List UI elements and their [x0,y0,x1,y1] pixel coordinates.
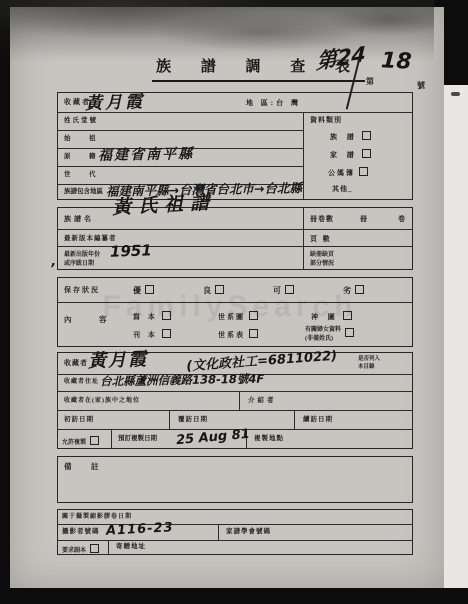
volumes-label: 冊卷數 [310,216,334,223]
unit-fascicle-label: 卷 [398,216,405,223]
permit-copy-label: 允許複製 [62,440,86,446]
divider [58,391,412,392]
divider [303,208,304,269]
content-option-label: 世系表 [218,331,245,339]
copy-date-label: 預訂複製日期 [118,436,157,443]
content-option-label: 神 圖 [311,313,339,321]
society-number-label: 家譜學會號碼 [226,529,271,536]
surname-hall-label: 姓氏堂號 [64,118,98,125]
content-printed: 刊 本 [133,329,171,340]
divider [218,524,219,540]
divider [108,540,109,554]
pages-label: 頁 數 [310,236,332,243]
introducer-label: 介紹者 [248,398,277,405]
grade-good: 良 [203,285,224,296]
handwritten-form-number: 18 [380,48,412,75]
checkbox-fair [285,285,294,294]
content-lineage-table: 世系表 [218,329,258,340]
unit-volume-label: 冊 [360,216,367,223]
checkbox-good [215,285,224,294]
scanned-genealogy-form: FamilySearch 族 譜 調 查 表 第24 第 18 號 收藏者 黃月… [0,0,468,604]
year-handwritten: 1951 [110,241,152,260]
divider [294,410,295,429]
include-in-catalog-label: 是否列入 本目錄 [358,355,380,372]
checkbox-portrait [343,311,352,320]
category-option-label: 公媽簿 [328,169,355,177]
checkbox-manuscript [162,311,171,320]
second-visit-label: 覆訪日期 [178,417,208,424]
grade-fair: 可 [273,285,294,296]
photographer-number-handwritten: A116-23 [106,520,174,539]
holder-address-label: 收藏者住址 [64,379,99,385]
grade-label: 優 [133,286,141,295]
photographer-number-label: 攝影者號碼 [62,529,100,536]
adjacent-page-edge [444,85,468,588]
stray-pen-mark: ’ [50,262,55,277]
genealogy-title-label: 族譜名 [64,216,94,223]
checkbox-gongmabu [359,167,368,176]
content-lineage-chart: 世系圖 [218,311,258,322]
copy-request-option: 要求副本 [62,544,99,554]
origin-label: 原 籍 [64,154,102,161]
send-address-label: 寄贈地址 [116,544,146,551]
divider [58,540,412,541]
edge-mark [451,92,460,96]
holder-name-label: 收藏者 [64,360,88,367]
checkbox-printed [162,329,171,338]
divider [58,229,412,230]
missing-pages-label: 缺冊缺頁 部分情況 [310,251,334,269]
divider [303,112,304,199]
checkbox-jiapu [362,149,371,158]
content-option-label: 有關婦女資料 (非僅姓氏) [305,326,341,344]
checkbox-lineage-table [249,329,258,338]
copy-request-label: 要求副本 [62,548,86,554]
content-label: 內 容 [64,316,117,324]
content-option-label: 刊 本 [133,331,158,339]
grade-excellent: 優 [133,285,154,296]
content-option-label: 世系圖 [218,313,245,321]
filming-section: 關于攝製縮影膠卷日期 攝影者號碼 A116-23 家譜學會號碼 要求副本 寄贈地… [57,509,413,555]
checkbox-copy-request [90,544,99,553]
divider [111,429,112,448]
category-other-label: 其他_ [332,186,353,193]
divider [58,166,303,167]
checkbox-poor [355,285,364,294]
remarks-section: 備 註 [57,456,413,503]
divider [58,302,412,303]
coverage-label: 族譜包含地區 [64,189,103,196]
holder-position-label: 收藏者在(家)族中之地位 [64,398,140,404]
copy-place-label: 複製地點 [254,436,284,443]
condition-label: 保存狀況 [64,287,100,294]
holder-section: 收藏者 黃月霞 (文化政社工=6811022) 是否列入 本目錄 收藏者住址 台… [57,352,413,449]
first-visit-label: 初訪日期 [64,417,94,424]
editor-label: 最新版本編纂者 [64,236,117,243]
content-women-data: 有關婦女資料 (非僅姓氏) [305,326,354,344]
content-portrait: 神 圖 [311,311,352,322]
category-option-jiapu: 家 譜 [330,149,371,160]
divider [58,410,412,411]
category-option-gongmabu: 公媽簿 [328,167,368,178]
holder-handwritten-value: 黃月霞 [85,87,146,114]
number-prefix-label: 第 [366,78,374,86]
category-option-zupu: 族 譜 [330,131,371,142]
year-label: 最新出版年份 或序跋日期 [64,251,100,269]
condition-section: 保存狀況 優 良 可 劣 內 容 寫 本 世系圖 神 圖 刊 本 世系表 有關婦 [57,277,413,347]
generations-label: 世 代 [64,172,102,179]
region-label: 地 區:台 灣 [246,100,301,107]
genealogy-title-handwritten: 黃氏祖譜 [111,187,216,219]
identity-section: 收藏者 黃月霞 地 區:台 灣 姓氏堂號 始 祖 原 籍 福建省南平縣 世 代 … [57,92,413,200]
category-label: 資料類別 [310,117,342,124]
checkbox-lineage-chart [249,311,258,320]
checkbox-permit-copy [90,436,99,445]
checkbox-excellent [145,285,154,294]
divider [169,410,170,429]
content-option-label: 寫 本 [133,313,158,321]
category-option-label: 族 譜 [330,133,358,141]
divider [58,130,303,131]
number-suffix-label: 號 [417,82,425,90]
grade-label: 可 [273,286,281,295]
first-ancestor-label: 始 祖 [64,136,102,143]
holder-address-handwritten: 台北縣蘆洲信義路138-18號4F [100,371,264,390]
category-option-label: 家 譜 [330,151,358,159]
content-manuscript: 寫 本 [133,311,171,322]
filming-header-label: 關于攝製縮影膠卷日期 [62,514,132,520]
permit-copy-option: 允許複製 [62,436,99,446]
follow-up-visit-label: 續訪日期 [303,417,333,424]
checkbox-women-data [345,328,354,337]
grade-label: 良 [203,286,211,295]
divider [239,391,240,410]
holder-name-handwritten: 黃月霞 [88,345,149,373]
checkbox-zupu [362,131,371,140]
remarks-label: 備 註 [64,463,105,471]
grade-poor: 劣 [343,285,364,296]
origin-handwritten-value: 福建省南平縣 [98,143,194,165]
grade-label: 劣 [343,286,351,295]
